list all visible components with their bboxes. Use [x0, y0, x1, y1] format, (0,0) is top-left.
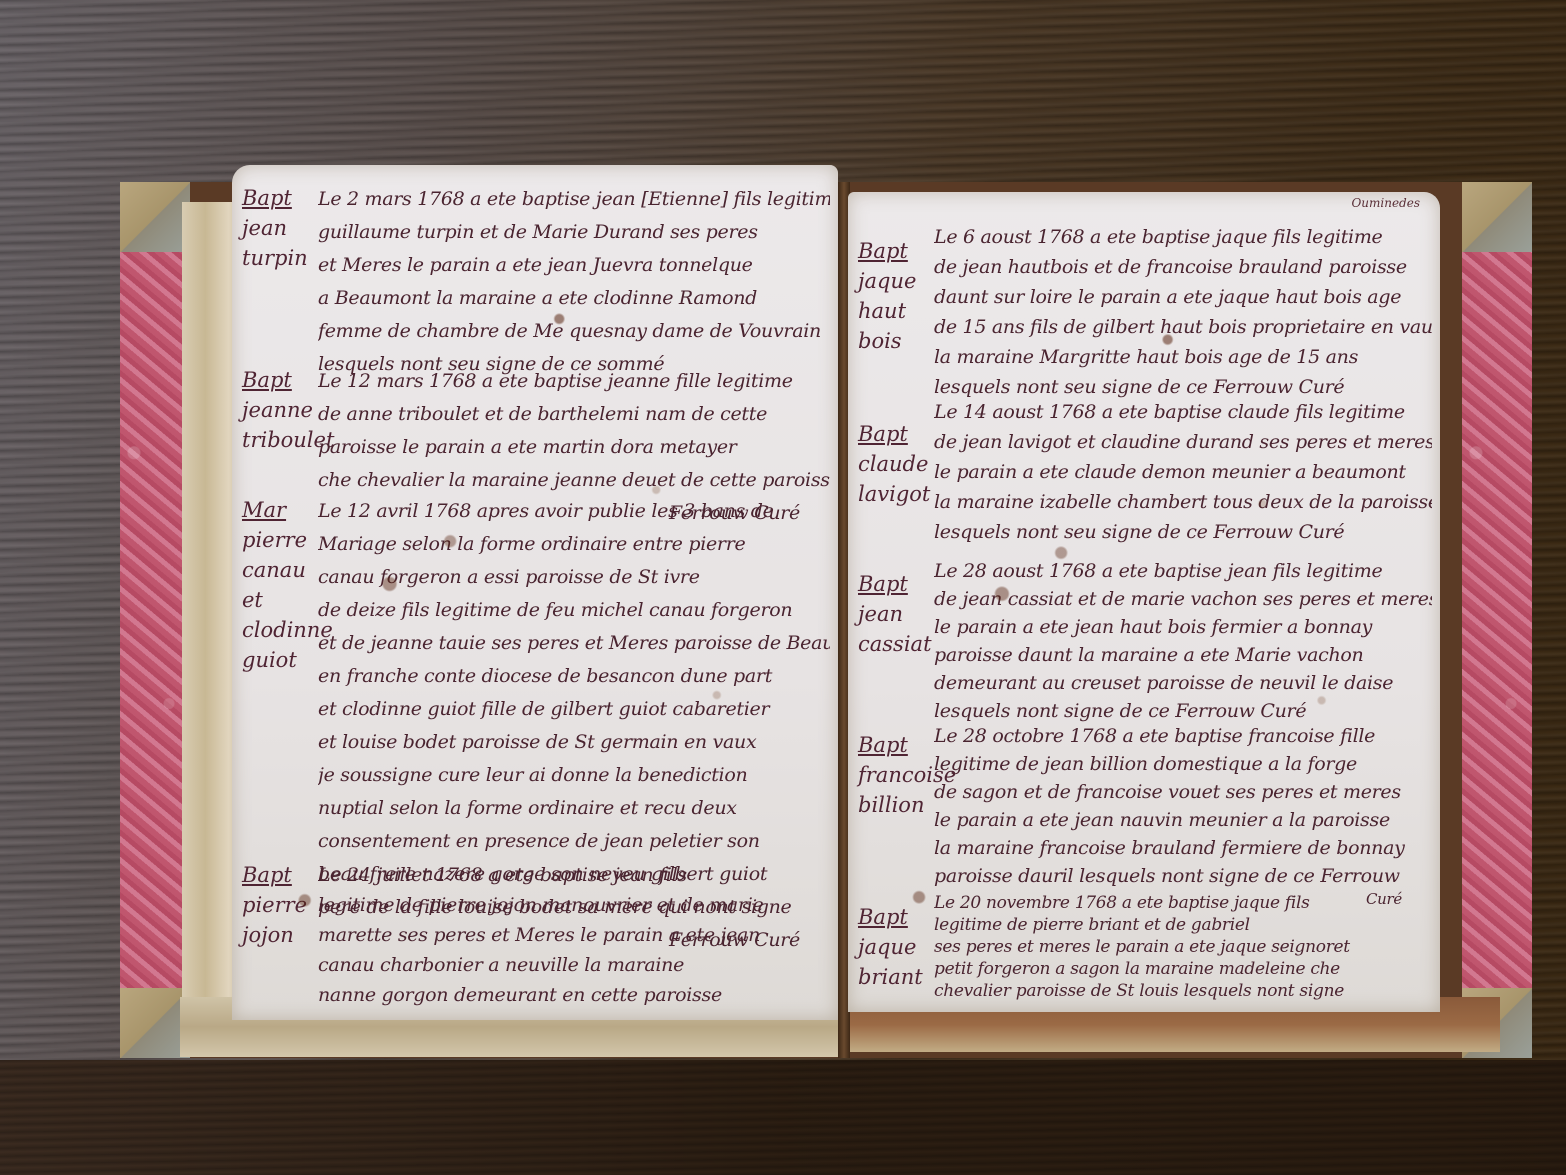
- entry-text: Le 24 juillet 1768 a ete baptise jean fi…: [318, 860, 830, 1010]
- entry-type-label: Bapt: [858, 902, 940, 932]
- entry-type-label: Bapt: [242, 365, 324, 395]
- entry-name: jeanne: [242, 395, 324, 425]
- entry-type-label: Bapt: [242, 860, 324, 890]
- text-line: Le 12 avril 1768 apres avoir publie les …: [318, 495, 830, 528]
- text-line: Le 6 aoust 1768 a ete baptise jaque fils…: [934, 222, 1432, 252]
- text-line: guillaume turpin et de Marie Durand ses …: [318, 216, 830, 249]
- text-line: la maraine izabelle chambert tous deux d…: [934, 487, 1432, 517]
- text-line: legitime de pierre jojon manouvrier et d…: [318, 890, 830, 920]
- text-line: demeurant au creuset paroisse de neuvil …: [934, 669, 1432, 697]
- text-line: paroisse dauril lesquels nont signe de c…: [934, 862, 1432, 890]
- text-line: legitime de jean billion domestique a la…: [934, 750, 1432, 778]
- text-line: de deize fils legitime de feu michel can…: [318, 594, 830, 627]
- entry-name: canau: [242, 555, 324, 585]
- entry-type-label: Bapt: [242, 183, 324, 213]
- entry-name: lavigot: [858, 479, 940, 509]
- entry-type-label: Bapt: [858, 730, 940, 760]
- text-line: de 15 ans fils de gilbert haut bois prop…: [934, 312, 1432, 342]
- wooden-table: [0, 1060, 1566, 1175]
- text-line: et clodinne guiot fille de gilbert guiot…: [318, 693, 830, 726]
- text-line: Le 28 octobre 1768 a ete baptise francoi…: [934, 722, 1432, 750]
- text-line: Le 20 novembre 1768 a ete baptise jaque …: [934, 892, 1432, 914]
- text-line: legitime de pierre briant et de gabriel: [934, 914, 1432, 936]
- text-line: Le 24 juillet 1768 a ete baptise jean fi…: [318, 860, 830, 890]
- entry-margin: Bapt claude lavigot: [858, 419, 940, 509]
- text-line: che chevalier la maraine jeanne deuet de…: [318, 464, 830, 497]
- entry-name: clodinne: [242, 615, 324, 645]
- corner-protector: [1462, 182, 1532, 252]
- entry-name: francoise: [858, 760, 940, 790]
- text-line: canau charbonier a neuville la maraine: [318, 950, 830, 980]
- corner-protector: [120, 182, 190, 252]
- entry-name: claude: [858, 449, 940, 479]
- text-line: et louise bodet paroisse de St germain e…: [318, 726, 830, 759]
- left-page: Bapt jean turpin Le 2 mars 1768 a ete ba…: [232, 165, 838, 1020]
- entry-text: Le 28 octobre 1768 a ete baptise francoi…: [934, 722, 1432, 908]
- text-line: Le 14 aoust 1768 a ete baptise claude fi…: [934, 397, 1432, 427]
- entry-name: guiot: [242, 645, 324, 675]
- text-line: femme de chambre de Me quesnay dame de V…: [318, 315, 830, 348]
- entry-name: jean: [858, 599, 940, 629]
- text-line: le parain a ete claude demon meunier a b…: [934, 457, 1432, 487]
- entry-margin: Mar pierre canau et clodinne guiot: [242, 495, 324, 675]
- entry-name: turpin: [242, 243, 324, 273]
- text-line: Le 28 aoust 1768 a ete baptise jean fils…: [934, 557, 1432, 585]
- text-line: la maraine Margritte haut bois age de 15…: [934, 342, 1432, 372]
- entry-name: cassiat: [858, 629, 940, 659]
- entry-name: pierre: [242, 525, 324, 555]
- entry-name: billion: [858, 790, 940, 820]
- entry-name: pierre: [242, 890, 324, 920]
- corner-annotation: Ouminedes: [1351, 196, 1420, 210]
- entry-name: haut: [858, 296, 940, 326]
- text-line: Le 12 mars 1768 a ete baptise jeanne fil…: [318, 365, 830, 398]
- entry-margin: Bapt jaque briant: [858, 902, 940, 992]
- entry-name: triboulet: [242, 425, 324, 455]
- entry-margin: Bapt jeanne triboulet: [242, 365, 324, 455]
- entry-margin: Bapt pierre jojon: [242, 860, 324, 950]
- entry-name: jaque: [858, 932, 940, 962]
- entry-margin: Bapt jaque haut bois: [858, 236, 940, 356]
- text-line: nanne gorgon demeurant en cette paroisse: [318, 980, 830, 1010]
- text-line: de jean cassiat et de marie vachon ses p…: [934, 585, 1432, 613]
- cover-board-left: [120, 202, 190, 1038]
- entry-text: Le 2 mars 1768 a ete baptise jean [Etien…: [318, 183, 830, 381]
- entry-text: Le 6 aoust 1768 a ete baptise jaque fils…: [934, 222, 1432, 402]
- entry-name: jaque: [858, 266, 940, 296]
- text-line: et Meres le parain a ete jean Juevra ton…: [318, 249, 830, 282]
- text-line: de sagon et de francoise vouet ses peres…: [934, 778, 1432, 806]
- text-line: ses peres et meres le parain a ete jaque…: [934, 936, 1432, 958]
- text-line: lesquels nont signe de ce Ferrouw Curé: [934, 697, 1432, 725]
- text-line: en franche conte diocese de besancon dun…: [318, 660, 830, 693]
- entry-type-label: Bapt: [858, 419, 940, 449]
- entry-margin: Bapt jean turpin: [242, 183, 324, 273]
- text-line: de anne triboulet et de barthelemi nam d…: [318, 398, 830, 431]
- entry-name: jojon: [242, 920, 324, 950]
- entry-margin: Bapt francoise billion: [858, 730, 940, 820]
- text-line: de jean lavigot et claudine durand ses p…: [934, 427, 1432, 457]
- text-line: je soussigne cure leur ai donne la bened…: [318, 759, 830, 792]
- text-line: le parain a ete jean haut bois fermier a…: [934, 613, 1432, 641]
- entry-margin: Bapt jean cassiat: [858, 569, 940, 659]
- text-line: nuptial selon la forme ordinaire et recu…: [318, 792, 830, 825]
- text-line: petit forgeron a sagon la maraine madele…: [934, 958, 1432, 980]
- text-line: paroisse daunt la maraine a ete Marie va…: [934, 641, 1432, 669]
- text-line: consentement en presence de jean peletie…: [318, 825, 830, 858]
- text-line: et de jeanne tauie ses peres et Meres pa…: [318, 627, 830, 660]
- entry-text: Le 14 aoust 1768 a ete baptise claude fi…: [934, 397, 1432, 547]
- text-line: la maraine francoise brauland fermiere d…: [934, 834, 1432, 862]
- text-line: daunt sur loire le parain a ete jaque ha…: [934, 282, 1432, 312]
- entry-type-label: Bapt: [858, 569, 940, 599]
- entry-name: jean: [242, 213, 324, 243]
- right-page: Ouminedes Bapt jaque haut bois Le 6 aous…: [848, 192, 1440, 1012]
- text-line: marette ses peres et Meres le parain a e…: [318, 920, 830, 950]
- text-line: chevalier paroisse de St louis lesquels …: [934, 980, 1432, 1002]
- text-line: Le 2 mars 1768 a ete baptise jean [Etien…: [318, 183, 830, 216]
- text-line: le parain a ete jean nauvin meunier a la…: [934, 806, 1432, 834]
- text-line: canau forgeron a essi paroisse de St ivr…: [318, 561, 830, 594]
- entry-name: et: [242, 585, 324, 615]
- entry-type-label: Mar: [242, 495, 324, 525]
- text-line: paroisse le parain a ete martin dora met…: [318, 431, 830, 464]
- cover-board-right: [1462, 202, 1532, 1038]
- text-line: Mariage selon la forme ordinaire entre p…: [318, 528, 830, 561]
- text-line: lesquels nont seu signe de ce Ferrouw Cu…: [934, 517, 1432, 547]
- text-line: a Beaumont la maraine a ete clodinne Ram…: [318, 282, 830, 315]
- entry-name: bois: [858, 326, 940, 356]
- entry-text: Le 20 novembre 1768 a ete baptise jaque …: [934, 892, 1432, 1002]
- entry-name: briant: [858, 962, 940, 992]
- entry-type-label: Bapt: [858, 236, 940, 266]
- entry-text: Le 28 aoust 1768 a ete baptise jean fils…: [934, 557, 1432, 725]
- text-line: de jean hautbois et de francoise braulan…: [934, 252, 1432, 282]
